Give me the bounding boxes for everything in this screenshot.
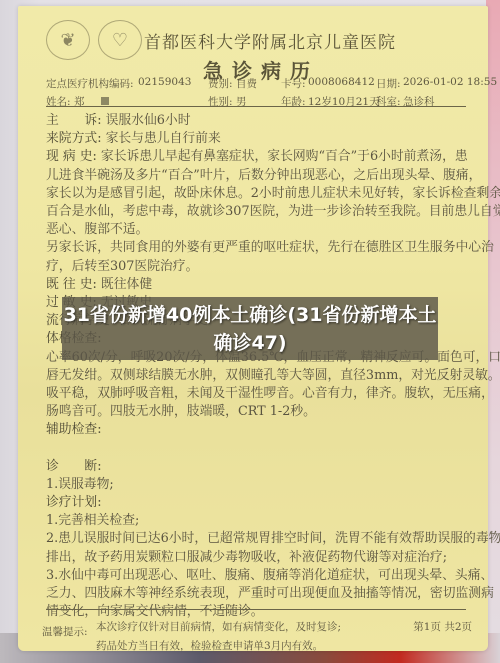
fee-type: 自费 — [236, 76, 257, 91]
diagnosis-item: 1.误服毒物; — [46, 476, 466, 494]
plan-line: 排出，故予药用炭颗粒口服减少毒物吸收，补液促药物代谢等对症治疗; — [46, 549, 466, 567]
exam-line: 肠鸣音可。四肢无水肿，肢端暖，CRT 1-2秒。 — [46, 403, 466, 421]
background-pink-edge — [486, 0, 500, 663]
tip-label: 温馨提示: — [42, 624, 88, 639]
hpi-label: 现 病 史: — [46, 149, 97, 164]
logo-group: ❦ ♡ — [46, 20, 142, 60]
arrival-row: 来院方式: 家长与患儿自行前来 — [46, 130, 466, 148]
hpi-line: 家长诉患儿早起有鼻塞症状，家长网购“百合”于6小时前煮汤，患 — [101, 149, 468, 164]
chief-complaint-label: 主 诉: — [46, 113, 102, 128]
heart-logo-icon: ♡ — [98, 20, 142, 60]
header-divider — [46, 106, 466, 107]
footer-divider — [46, 609, 466, 610]
visit-date: 2026-01-02 18:55 — [403, 76, 497, 88]
news-caption-overlay: 31省份新增40例本土确诊(31省份新增本土确诊47) — [62, 297, 438, 360]
card-no-label: 卡号: — [281, 76, 306, 91]
spacer — [46, 440, 466, 458]
past-history-label: 既 往 史: — [46, 277, 97, 292]
facility-code-label: 定点医疗机构编码: — [46, 76, 134, 91]
exam-line: 唇无发绀。双侧球结膜无水肿，双侧瞳孔等大等圆，直径3mm，对光反射灵敏。呼 — [46, 367, 466, 385]
hospital-name: 首都医科大学附属北京儿童医院 — [144, 28, 396, 53]
tip-line-1: 本次诊疗仅针对目前病情，如有病情变化，及时复诊; — [96, 619, 341, 634]
hpi-line: 儿进食半碗汤及多片“百合”叶片，后数分钟出现恶心，之后出现头晕、腹痛， — [46, 167, 466, 185]
hpi-line: 恶心、腹部不适。 — [46, 221, 466, 239]
exam-line: 吸平稳，双肺呼吸音粗，未闻及干湿性啰音。心音有力，律齐。腹软，无压痛， — [46, 385, 466, 403]
arrival-mode: 家长与患儿自行前来 — [106, 131, 221, 146]
aux-exam-label: 辅助检查: — [46, 421, 466, 439]
plan-line: 3.水仙中毒可出现恶心、呕吐、腹痛、腹痛等消化道症状，可出现头晕、头痛、 — [46, 567, 466, 585]
plan-label: 诊疗计划: — [46, 494, 466, 512]
record-body: 主 诉: 误服水仙6小时 来院方式: 家长与患儿自行前来 现 病 史: 家长诉患… — [46, 112, 466, 621]
hpi-line: 百合是水仙，考虑中毒，故就诊307医院，为进一步诊治转至我院。目前患儿自觉 — [46, 203, 466, 221]
page-info: 第1页 共2页 — [413, 619, 472, 634]
fee-type-label: 费别: — [208, 76, 233, 91]
hpi-line: 疗，后转至307医院治疗。 — [46, 258, 466, 276]
emblem-logo-icon: ❦ — [46, 20, 90, 60]
diagnosis-label: 诊 断: — [46, 458, 466, 476]
past-history: 既往体健 — [101, 277, 152, 292]
plan-line: 1.完善相关检查; — [46, 512, 466, 530]
plan-line: 乏力、四肢麻木等神经系统表现，严重时可出现便血及抽搐等情况，密切监测病 — [46, 585, 466, 603]
date-label: 日期: — [376, 76, 401, 91]
past-history-row: 既 往 史: 既往体健 — [46, 276, 466, 294]
card-no: 0008068412 — [308, 76, 375, 88]
chief-complaint-row: 主 诉: 误服水仙6小时 — [46, 112, 466, 130]
facility-code: 02159043 — [138, 76, 191, 88]
hpi-row: 现 病 史: 家长诉患儿早起有鼻塞症状，家长网购“百合”于6小时前煮汤，患 — [46, 148, 466, 166]
arrival-label: 来院方式: — [46, 131, 102, 146]
tip-line-2: 药品处方当日有效，检验检查申请单3月内有效。 — [96, 638, 323, 653]
plan-line: 2.患儿误服时间已达6小时，已超常规胃排空时间，洗胃不能有效帮助误服的毒物 — [46, 530, 466, 548]
hpi-line: 家长以为是感冒引起，故卧床休息。2小时前患儿症状未见好转，家长诉检查剩余 — [46, 185, 466, 203]
chief-complaint: 误服水仙6小时 — [106, 113, 191, 128]
redaction-block — [101, 97, 109, 105]
hpi-line: 另家长诉，共同食用的外婆有更严重的呕吐症状，先行在德胜区卫生服务中心治 — [46, 239, 466, 257]
